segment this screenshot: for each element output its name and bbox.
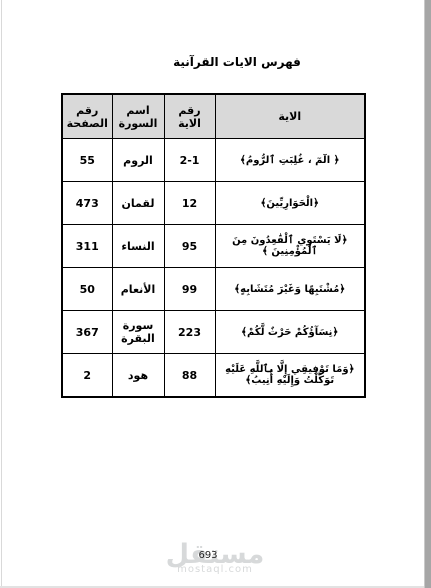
surah-name-cell: سورة البقرة bbox=[112, 311, 164, 354]
verse-cell: ﴿لَا يَسْتَوِي ٱلْقَٰعِدُونَ مِنَ ٱلْمُؤ… bbox=[215, 225, 365, 268]
column-header-verse: الاية bbox=[215, 94, 365, 139]
page-left-edge-line bbox=[1, 0, 2, 588]
verse-cell: ﴿مُشْتَبِهًا وَغَيْرَ مُتَشَابِهٍ﴾ bbox=[215, 268, 365, 311]
verse-number-cell: 99 bbox=[164, 268, 215, 311]
page-number-cell: 311 bbox=[62, 225, 112, 268]
scrollbar-track bbox=[424, 0, 431, 588]
verse-number-cell: 223 bbox=[164, 311, 215, 354]
table-row: ﴿الْحَوَارِيِّينَ﴾ 12 لقمان 473 bbox=[62, 182, 365, 225]
surah-name-cell: الأنعام bbox=[112, 268, 164, 311]
verses-index-table: الاية رقم الاية اسم السورة رقم الصفحة ﴿ … bbox=[61, 93, 366, 398]
table-row: ﴿نِسَآؤُكُمْ حَرْثٌ لَّكُمْ﴾ 223 سورة ال… bbox=[62, 311, 365, 354]
verse-number-value: 95 bbox=[182, 240, 197, 253]
column-header-surah-name: اسم السورة bbox=[112, 94, 164, 139]
page-number: 693 bbox=[0, 550, 416, 561]
verse-number-value: 12 bbox=[182, 197, 197, 210]
column-header-page-number: رقم الصفحة bbox=[62, 94, 112, 139]
page-title: فهرس الايات القرآنية bbox=[61, 55, 413, 69]
table-row: ﴿لَا يَسْتَوِي ٱلْقَٰعِدُونَ مِنَ ٱلْمُؤ… bbox=[62, 225, 365, 268]
page-number-cell: 473 bbox=[62, 182, 112, 225]
verse-number-value: 88 bbox=[182, 369, 197, 382]
surah-name-cell: لقمان bbox=[112, 182, 164, 225]
surah-name-cell: النساء bbox=[112, 225, 164, 268]
verse-number-cell: 88 bbox=[164, 354, 215, 398]
page-number-cell: 55 bbox=[62, 139, 112, 182]
verse-number-cell: 2-1 bbox=[164, 139, 215, 182]
verse-number-value: 99 bbox=[182, 283, 197, 296]
page-number-cell: 367 bbox=[62, 311, 112, 354]
watermark-domain-text: mostaql.com bbox=[0, 565, 430, 575]
table-header-row: الاية رقم الاية اسم السورة رقم الصفحة bbox=[62, 94, 365, 139]
verse-number-cell: 95 bbox=[164, 225, 215, 268]
surah-name-cell: الروم bbox=[112, 139, 164, 182]
column-header-verse-number: رقم الاية bbox=[164, 94, 215, 139]
document-page: { "page": { "title": "فهرس الايات القرآن… bbox=[0, 0, 431, 588]
surah-name-cell: هود bbox=[112, 354, 164, 398]
verse-number-value: 223 bbox=[178, 326, 201, 339]
verse-cell: ﴿الْحَوَارِيِّينَ﴾ bbox=[215, 182, 365, 225]
page-number-cell: 2 bbox=[62, 354, 112, 398]
verse-cell: ﴿ الٓمٓ ، غُلِبَتِ ٱلرُّومُ﴾ bbox=[215, 139, 365, 182]
verse-number-cell: 12 bbox=[164, 182, 215, 225]
table-row: ﴿مُشْتَبِهًا وَغَيْرَ مُتَشَابِهٍ﴾ 99 ال… bbox=[62, 268, 365, 311]
table-row: ﴿ الٓمٓ ، غُلِبَتِ ٱلرُّومُ﴾ 2-1 الروم 5… bbox=[62, 139, 365, 182]
table-row: ﴿وَمَا تَوْفِيقِي إِلَّا بِٱللَّهِ عَلَي… bbox=[62, 354, 365, 398]
verse-number-value: 2-1 bbox=[180, 154, 200, 167]
verse-cell: ﴿وَمَا تَوْفِيقِي إِلَّا بِٱللَّهِ عَلَي… bbox=[215, 354, 365, 398]
page-number-cell: 50 bbox=[62, 268, 112, 311]
verse-cell: ﴿نِسَآؤُكُمْ حَرْثٌ لَّكُمْ﴾ bbox=[215, 311, 365, 354]
